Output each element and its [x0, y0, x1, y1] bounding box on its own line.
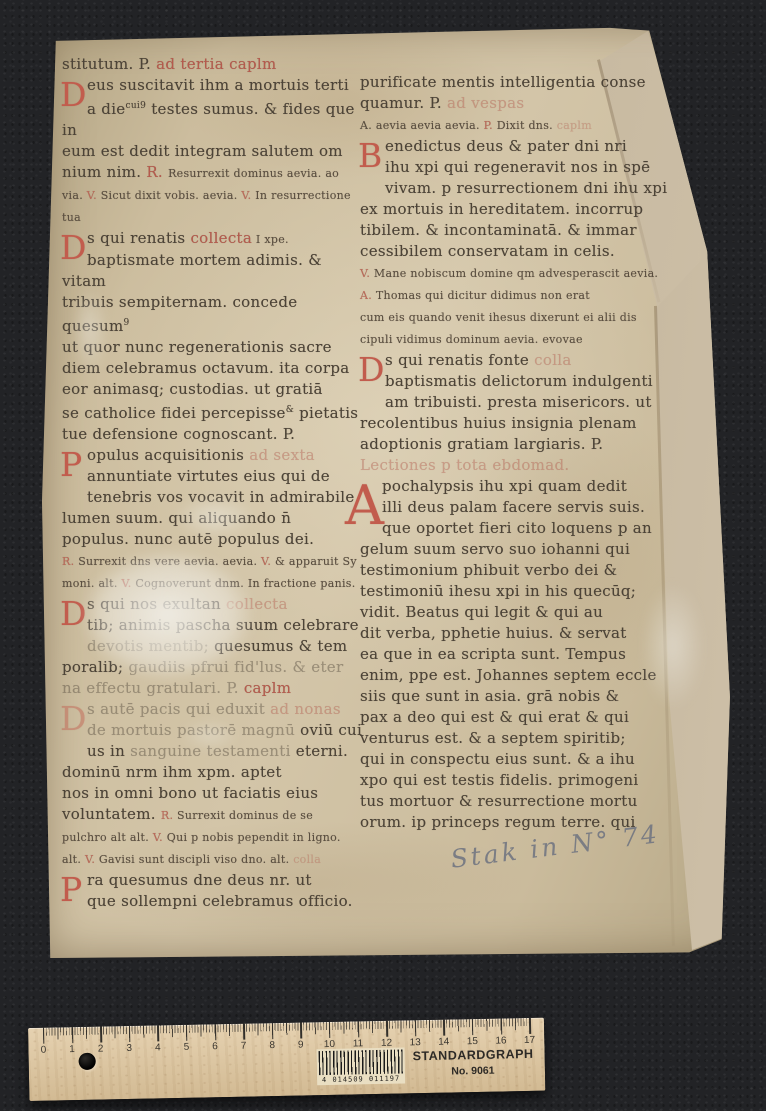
manuscript-line: devotis mentib; quesumus & tem	[62, 636, 370, 657]
ink-text: gratulari. P.	[146, 679, 243, 697]
manuscript-line: Ds qui renatis collecta I xpe.	[62, 228, 370, 250]
manuscript-line: diem celebramus octavum. ita corpa	[62, 358, 370, 379]
manuscript-line: baptismatis delictorum indulgenti	[360, 371, 700, 392]
cm-tick	[300, 1023, 302, 1039]
ink-text: adoptionis gratiam largiaris. P.	[360, 435, 603, 453]
cm-number: 13	[406, 1037, 424, 1048]
cm-tick	[386, 1021, 388, 1037]
manuscript-line: enim, ppe est. Johannes septem eccle	[360, 665, 700, 686]
ink-text: I xpe.	[252, 233, 289, 246]
ruler: 01234567891011121314151617 4 014509 0111…	[28, 1018, 545, 1101]
manuscript-line: ex mortuis in hereditatem. incorrup	[360, 199, 700, 220]
ink-text: gaudiis pfrui fid'lus. & eter	[128, 658, 343, 676]
manuscript-line: tibilem. & incontaminatā. & immar	[360, 220, 700, 241]
manuscript-line: V. Mane nobiscum domine qm advesperascit…	[360, 262, 700, 284]
ink-text: nium nim.	[62, 163, 146, 181]
rubric-text: V.	[153, 831, 167, 844]
ink-text: se catholice fidei percepisse	[62, 404, 286, 422]
rubric-text: V.	[360, 267, 374, 280]
manuscript-line: ut quor nunc regenerationis sacre	[62, 337, 370, 358]
ink-text: a die	[87, 100, 126, 118]
ink-text: quesumus & tem	[214, 637, 347, 655]
manuscript-line: Ds qui nos exultan collecta	[62, 594, 370, 615]
ink-text: Surrexit dns vere aevia. aevia.	[78, 555, 261, 568]
ink-text: &	[286, 405, 294, 415]
ink-text: venturus est. & a septem spiritib;	[360, 729, 626, 747]
manuscript-line: dit verba, pphetie huius. & servat	[360, 623, 700, 644]
manuscript-line: stitutum. P. ad tertia caplm	[62, 54, 370, 75]
cm-tick	[443, 1020, 445, 1036]
ink-text: enedictus deus & pater dni nri	[385, 137, 627, 155]
cm-number: 7	[234, 1040, 252, 1051]
manuscript-line: tus mortuor & resurrectione mortu	[360, 791, 700, 812]
ink-text: s autē pacis qui eduxit	[87, 700, 270, 718]
ink-text: pochalypsis ihu xpi quam dedit	[382, 477, 627, 495]
manuscript-line: Lectiones p tota ebdomad.	[360, 455, 700, 476]
manuscript-line: Deus suscitavit ihm a mortuis terti	[62, 75, 370, 96]
ink-text: illi deus palam facere servis suis.	[382, 498, 645, 516]
cm-number: 5	[177, 1042, 195, 1053]
ink-text: Mane nobiscum domine qm advesperascit ae…	[374, 267, 658, 280]
manuscript-line: us in sanguine testamenti eterni.	[62, 741, 370, 762]
ink-text: alt.	[62, 853, 85, 866]
ink-text: via.	[62, 189, 87, 202]
ink-text: de mortuis	[87, 721, 177, 739]
ink-text: s qui nos exultan	[87, 595, 226, 613]
ink-text: moni. alt.	[62, 577, 121, 590]
rubric-text: ad tertia caplm	[156, 55, 276, 73]
illuminated-initial: D	[358, 351, 381, 393]
ink-text: eum est dedit integram salutem om	[62, 142, 343, 160]
manuscript-line: moni. alt. V. Cognoverunt dnm. In fracti…	[62, 572, 370, 594]
cm-tick	[129, 1026, 131, 1042]
manuscript-line: venturus est. & a septem spiritib;	[360, 728, 700, 749]
ruler-model: No. 9061	[413, 1064, 533, 1078]
text-column-left: stitutum. P. ad tertia caplmDeus suscita…	[62, 54, 370, 913]
rubric-text: ad sexta	[249, 446, 315, 464]
cm-tick	[215, 1024, 217, 1040]
manuscript-page: stitutum. P. ad tertia caplmDeus suscita…	[42, 26, 732, 958]
ink-text: A. aevia aevia aevia.	[360, 119, 484, 132]
cm-number: 15	[463, 1036, 481, 1047]
barcode-digits: 4 014509 011197	[317, 1074, 405, 1084]
cm-number: 3	[120, 1043, 138, 1054]
ruler-halfcm-ticks	[43, 1018, 531, 1040]
manuscript-line: Ds qui renatis fonte colla	[360, 350, 700, 371]
ink-text: devotis mentib;	[87, 637, 214, 655]
rubric-text: P.	[484, 119, 497, 132]
rubric-text: V.	[121, 577, 135, 590]
manuscript-line: R. Surrexit dns vere aevia. aevia. V. & …	[62, 550, 370, 572]
ruler-brand: STANDARDGRAPH	[413, 1047, 533, 1063]
ink-text: tribuis sempiternam. concede quesum	[62, 293, 297, 335]
manuscript-line: nos in omni bono ut faciatis eius	[62, 783, 370, 804]
manuscript-line: lumen suum. qui aliquando n̄	[62, 508, 370, 529]
manuscript-line: tribuis sempiternam. concede quesum9	[62, 292, 370, 337]
ink-text: sanguine testamenti	[130, 742, 296, 760]
rubric-text: caplm	[244, 679, 291, 697]
ink-text: cessibilem conservatam in celis.	[360, 242, 615, 260]
rubric-text: R.	[62, 555, 78, 568]
ink-text: annuntiate virtutes eius qui de	[87, 467, 330, 485]
rubric-text: colla	[293, 853, 321, 866]
ink-text: tus mortuor & resurrectione mortu	[360, 792, 638, 810]
cm-tick	[329, 1022, 331, 1038]
rubric-text: caplm	[557, 119, 592, 132]
manuscript-line: poralib; gaudiis pfrui fid'lus. & eter	[62, 657, 370, 678]
manuscript-line: cessibilem conservatam in celis.	[360, 241, 700, 262]
ink-text: Gavisi sunt discipli viso dno. alt.	[99, 853, 293, 866]
ink-text: s qui renatis	[87, 229, 190, 247]
manuscript-line: a diecui9 testes sumus. & fides que in	[62, 96, 370, 141]
illuminated-initial: D	[60, 700, 83, 742]
ink-text: eus suscitavit ihm a mortuis terti	[87, 76, 349, 94]
cm-tick	[43, 1028, 45, 1044]
cm-number: 2	[92, 1043, 110, 1054]
rubric-text: Lectiones p tota ebdomad.	[360, 456, 569, 474]
ink-text: aevia. ao	[287, 167, 339, 180]
cm-number: 1	[63, 1044, 81, 1055]
illuminated-initial: A	[345, 477, 378, 539]
ink-text: pastorē magnū	[177, 721, 300, 739]
ink-text: voluntatem.	[62, 805, 161, 823]
ink-text: oviū cui	[300, 721, 362, 739]
manuscript-line: alt. V. Gavisi sunt discipli viso dno. a…	[62, 848, 370, 870]
cm-tick	[72, 1027, 74, 1043]
ink-text: purificate mentis intelligentia conse	[360, 73, 646, 91]
manuscript-line: A. Thomas qui dicitur didimus non erat	[360, 284, 700, 306]
ink-text: na effectu	[62, 679, 146, 697]
ink-text: Dixit dns.	[497, 119, 557, 132]
rubric-text: V.	[261, 555, 275, 568]
manuscript-line: cipuli vidimus dominum aevia. evovae	[360, 328, 700, 350]
ink-text: testimoniū ihesu xpi in his quecūq;	[360, 582, 636, 600]
rubric-text: R.	[161, 809, 177, 822]
ink-text: lumen suum. qui aliquando n̄	[62, 509, 291, 527]
manuscript-line: que oportet fieri cito loquens p an	[360, 518, 700, 539]
barcode-bars	[319, 1049, 403, 1075]
manuscript-line: Populus acquisitionis ad sexta	[62, 445, 370, 466]
ink-text: am tribuisti. presta misericors. ut	[385, 393, 652, 411]
cm-tick	[529, 1018, 531, 1034]
ink-text: cum eis quando venit ihesus dixerunt ei …	[360, 311, 637, 324]
rubric-text: colla	[534, 351, 571, 369]
rubric-text: collecta	[190, 229, 252, 247]
ink-text: Qui p nobis pependit in ligno.	[167, 831, 341, 844]
ink-text: xpo qui est testis fidelis. primogeni	[360, 771, 638, 789]
manuscript-line: siis que sunt in asia. grā nobis &	[360, 686, 700, 707]
cm-number: 17	[520, 1035, 538, 1046]
cm-number: 8	[263, 1040, 281, 1051]
manuscript-line: eor animasq; custodias. ut gratiā	[62, 379, 370, 400]
ink-text: Thomas qui dicitur didimus non erat	[376, 289, 590, 302]
rubric-text: V.	[87, 189, 101, 202]
cm-tick	[157, 1025, 159, 1041]
manuscript-line: nium nim. R. Resurrexit dominus aevia. a…	[62, 162, 370, 184]
cm-tick	[472, 1019, 474, 1035]
manuscript-line: Pra quesumus dne deus nr. ut	[62, 870, 370, 891]
ruler-hole	[79, 1053, 96, 1070]
rubric-text: A.	[360, 289, 376, 302]
manuscript-line: Apochalypsis ihu xpi quam dedit	[360, 476, 700, 497]
manuscript-line: se catholice fidei percepisse& pietatis	[62, 400, 370, 424]
ink-text: pulchro alt alt.	[62, 831, 153, 844]
ink-text: gelum suum servo suo iohanni qui	[360, 540, 630, 558]
manuscript-line: Ds autē pacis qui eduxit ad nonas	[62, 699, 370, 720]
ink-text: stitutum. P.	[62, 55, 156, 73]
ink-text: diem celebramus octavum. ita corpa	[62, 359, 349, 377]
cm-number: 9	[292, 1039, 310, 1050]
manuscript-line: pulchro alt alt. V. Qui p nobis pependit…	[62, 826, 370, 848]
manuscript-line: gelum suum servo suo iohanni qui	[360, 539, 700, 560]
manuscript-line: tib; animis pascha suum celebrare	[62, 615, 370, 636]
manuscript-line: na effectu gratulari. P. caplm	[62, 678, 370, 699]
manuscript-line: voluntatem. R. Surrexit dominus de se	[62, 804, 370, 826]
ink-text: enim, ppe est. Johannes septem eccle	[360, 666, 657, 684]
manuscript-line: quamur. P. ad vespas	[360, 93, 700, 114]
manuscript-line: vidit. Beatus qui legit & qui au	[360, 602, 700, 623]
cm-tick	[500, 1018, 502, 1034]
manuscript-line: que sollempni celebramus officio.	[62, 891, 370, 912]
manuscript-line: eum est dedit integram salutem om	[62, 141, 370, 162]
manuscript-line: A. aevia aevia aevia. P. Dixit dns. capl…	[360, 114, 700, 136]
cm-number: 14	[435, 1036, 453, 1047]
manuscript-line: pax a deo qui est & qui erat & qui	[360, 707, 700, 728]
cm-tick	[100, 1027, 102, 1043]
rubric-text: V.	[241, 189, 255, 202]
ink-text: pietatis	[294, 404, 358, 422]
manuscript-line: xpo qui est testis fidelis. primogeni	[360, 770, 700, 791]
ink-text: que sollempni celebramus officio.	[87, 892, 353, 910]
ink-text: baptismatis delictorum indulgenti	[385, 372, 653, 390]
ink-text: tib; animis pascha suum celebrare	[87, 616, 359, 634]
ink-text: testimonium phibuit verbo dei &	[360, 561, 617, 579]
ink-text: ra quesumus dne deus nr. ut	[87, 871, 312, 889]
ink-text: tenebris vos vocavit in admirabile	[87, 488, 355, 506]
illuminated-initial: D	[60, 76, 83, 118]
manuscript-line: via. V. Sicut dixit vobis. aevia. V. In …	[62, 184, 370, 228]
ink-text: tibilem. & incontaminatā. & immar	[360, 221, 637, 239]
manuscript-line: tenebris vos vocavit in admirabile	[62, 487, 370, 508]
ink-text: nos in omni bono ut faciatis eius	[62, 784, 318, 802]
illuminated-initial: P	[60, 871, 83, 913]
cm-number: 0	[34, 1045, 52, 1056]
ink-text: pax a deo qui est & qui erat & qui	[360, 708, 629, 726]
cm-tick	[243, 1024, 245, 1040]
cm-tick	[272, 1023, 274, 1039]
manuscript-line: qui in conspectu eius sunt. & a ihu	[360, 749, 700, 770]
rubric-text: ad nonas	[270, 700, 341, 718]
manuscript-line: ea que in ea scripta sunt. Tempus	[360, 644, 700, 665]
illuminated-initial: P	[60, 446, 83, 488]
ink-text: quamur. P.	[360, 94, 447, 112]
manuscript-line: tue defensione cognoscant. P.	[62, 424, 370, 445]
cm-tick	[415, 1020, 417, 1036]
ink-text: siis que sunt in asia. grā nobis &	[360, 687, 619, 705]
ink-text: Surrexit dominus de se	[177, 809, 313, 822]
ink-text: eor animasq; custodias. ut gratiā	[62, 380, 323, 398]
ink-text: dit verba, pphetie huius. & servat	[360, 624, 627, 642]
ink-text: ea que in ea scripta sunt. Tempus	[360, 645, 626, 663]
manuscript-line: cum eis quando venit ihesus dixerunt ei …	[360, 306, 700, 328]
manuscript-line: de mortuis pastorē magnū oviū cui	[62, 720, 370, 741]
ink-text: ihu xpi qui regeneravit nos in spē	[385, 158, 650, 176]
manuscript-line: baptismate mortem adimis. & vitam	[62, 250, 370, 292]
ink-text: qui in conspectu eius sunt. & a ihu	[360, 750, 635, 768]
ink-text: eterni.	[296, 742, 348, 760]
illuminated-initial: B	[358, 137, 381, 179]
ink-text: recolentibus huius insignia plenam	[360, 414, 637, 432]
rubric-text: collecta	[226, 595, 288, 613]
manuscript-line: populus. nunc autē populus dei.	[62, 529, 370, 550]
ink-text: tue defensione cognoscant. P.	[62, 425, 295, 443]
ink-text: ut quor nunc regenerationis sacre	[62, 338, 332, 356]
manuscript-line: recolentibus huius insignia plenam	[360, 413, 700, 434]
text-column-right: purificate mentis intelligentia consequa…	[360, 72, 700, 833]
barcode: 4 014509 011197	[316, 1047, 405, 1085]
ink-text: cui9	[126, 101, 147, 111]
manuscript-line: testimoniū ihesu xpi in his quecūq;	[360, 581, 700, 602]
manuscript-line: ihu xpi qui regeneravit nos in spē	[360, 157, 700, 178]
rubric-text: R.	[146, 163, 168, 181]
ink-text: s qui renatis fonte	[385, 351, 534, 369]
manuscript-line: illi deus palam facere servis suis.	[360, 497, 700, 518]
manuscript-line: annuntiate virtutes eius qui de	[62, 466, 370, 487]
manuscript-line: am tribuisti. presta misericors. ut	[360, 392, 700, 413]
ink-text: vidit. Beatus qui legit & qui au	[360, 603, 603, 621]
ink-text: ex mortuis in hereditatem. incorrup	[360, 200, 643, 218]
cm-tick	[186, 1025, 188, 1041]
ink-text: & apparuit Sy	[275, 555, 357, 568]
manuscript-line: purificate mentis intelligentia conse	[360, 72, 700, 93]
manuscript-line: Benedictus deus & pater dni nri	[360, 136, 700, 157]
ink-text: populus. nunc autē populus dei.	[62, 530, 314, 548]
illuminated-initial: D	[60, 229, 83, 271]
ink-text: opulus acquisitionis	[87, 446, 249, 464]
ink-text: Cognoverunt dnm. In fractione panis.	[135, 577, 355, 590]
manuscript-line: vivam. p resurrectionem dni ihu xpi	[360, 178, 700, 199]
ink-text: que oportet fieri cito loquens p an	[382, 519, 652, 537]
cm-number: 4	[149, 1042, 167, 1053]
ink-text: 9	[124, 318, 130, 328]
ink-text: Sicut dixit vobis. aevia.	[101, 189, 242, 202]
ink-text: us in	[87, 742, 130, 760]
ink-text: dominū nrm ihm xpm. aptet	[62, 763, 282, 781]
manuscript-line: testimonium phibuit verbo dei &	[360, 560, 700, 581]
ink-text: poralib;	[62, 658, 128, 676]
cm-tick	[358, 1021, 360, 1037]
photo-scene: stitutum. P. ad tertia caplmDeus suscita…	[0, 0, 766, 1111]
ink-text: Resurrexit dominus	[168, 167, 287, 180]
rubric-text: ad vespas	[447, 94, 524, 112]
manuscript-line: adoptionis gratiam largiaris. P.	[360, 434, 700, 455]
rubric-text: V.	[85, 853, 99, 866]
cm-number: 6	[206, 1041, 224, 1052]
manuscript-line: dominū nrm ihm xpm. aptet	[62, 762, 370, 783]
cm-number: 16	[492, 1035, 510, 1046]
illuminated-initial: D	[60, 595, 83, 637]
ink-text: vivam. p resurrectionem dni ihu xpi	[385, 179, 667, 197]
ink-text: cipuli vidimus dominum aevia. evovae	[360, 333, 583, 346]
ink-text: baptismate mortem adimis. & vitam	[62, 251, 322, 290]
